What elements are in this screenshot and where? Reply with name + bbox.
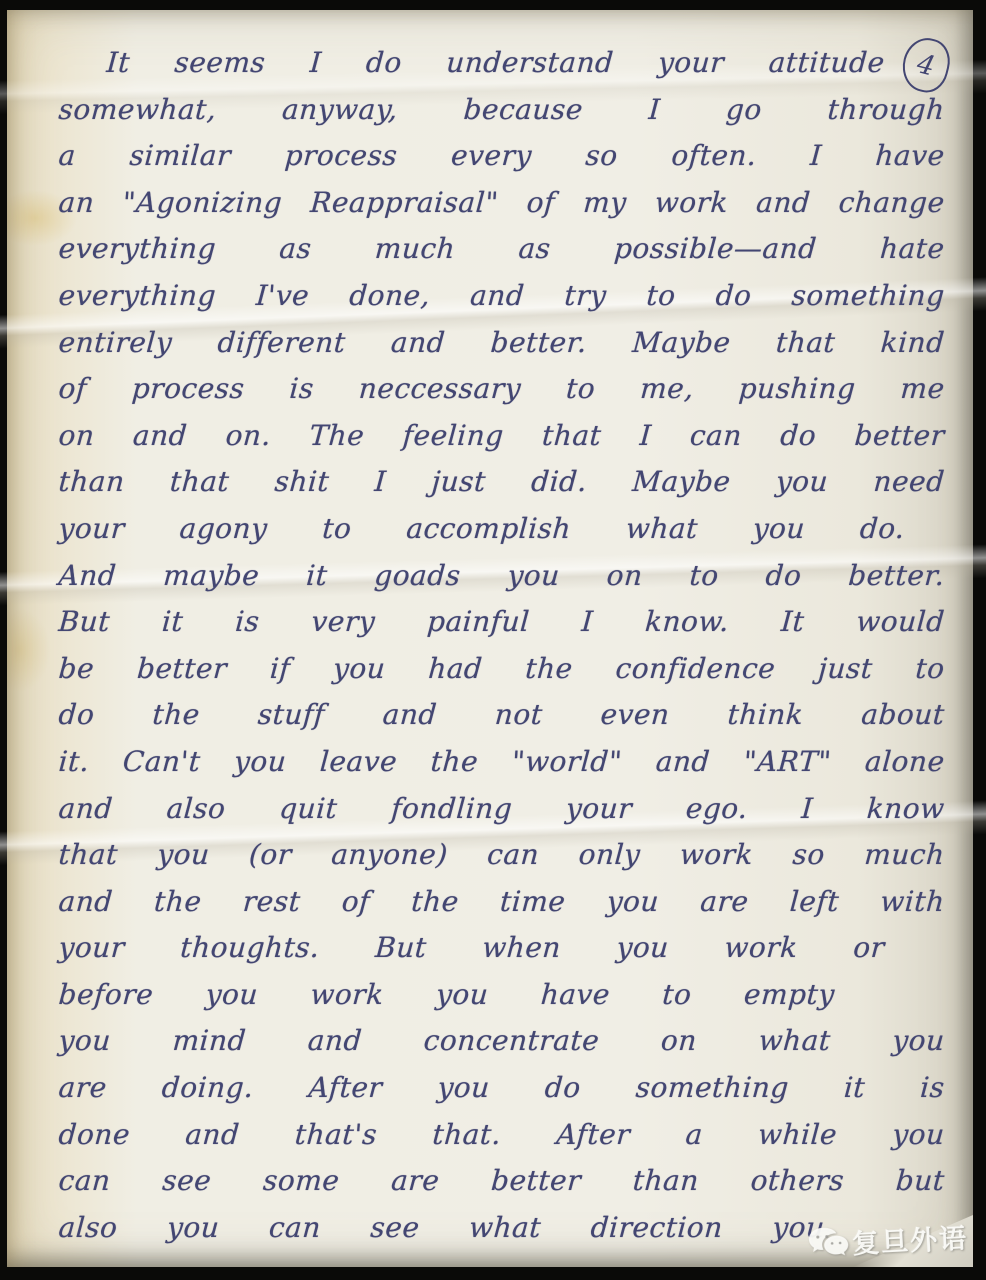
letter-line: than that shit I just did. Maybe you nee… [57,459,946,506]
letter-line: be better if you had the confidence just… [57,646,946,693]
letter-line: everything as much as possible—and hate [57,226,946,273]
letter-line: your agony to accomplish what you do. [57,506,946,553]
letter-line: everything I've done, and try to do some… [57,273,946,320]
letter-line: And maybe it goads you on to do better. [57,553,946,600]
letter-line: entirely different and better. Maybe tha… [57,320,946,367]
scanned-letter-page: It seems I do understand your attitude s… [0,0,986,1280]
letter-line: that you (or anyone) can only work so mu… [57,832,946,879]
letter-line: and the rest of the time you are left wi… [57,879,946,926]
letter-line: do the stuff and not even think about [57,692,946,739]
letter-line: are doing. After you do something it is [57,1065,946,1112]
letter-line: can see some are better than others but [57,1158,946,1205]
letter-line: a similar process every so often. I have [57,133,946,180]
page-number-value: 4 [914,48,938,82]
letter-line: on and on. The feeling that I can do bet… [57,413,946,460]
handwritten-letter-body: It seems I do understand your attitude s… [57,40,943,1251]
letter-line: an "Agonizing Reappraisal" of my work an… [57,180,946,227]
letter-line: of process is neccessary to me, pushing … [57,366,946,413]
letter-line: But it is very painful I know. It would [57,599,946,646]
letter-line: your thoughts. But when you work or [57,925,946,972]
letter-line: it. Can't you leave the "world" and "ART… [57,739,946,786]
letter-paper: It seems I do understand your attitude s… [7,10,973,1267]
letter-line: It seems I do understand your attitude [57,40,946,87]
letter-line: also you can see what direction you [57,1205,946,1252]
letter-line: done and that's that. After a while you [57,1112,946,1159]
letter-line: somewhat, anyway, because I go through [57,87,946,134]
letter-line: before you work you have to empty [57,972,946,1019]
letter-line: you mind and concentrate on what you [57,1018,946,1065]
letter-line: and also quit fondling your ego. I know [57,786,946,833]
